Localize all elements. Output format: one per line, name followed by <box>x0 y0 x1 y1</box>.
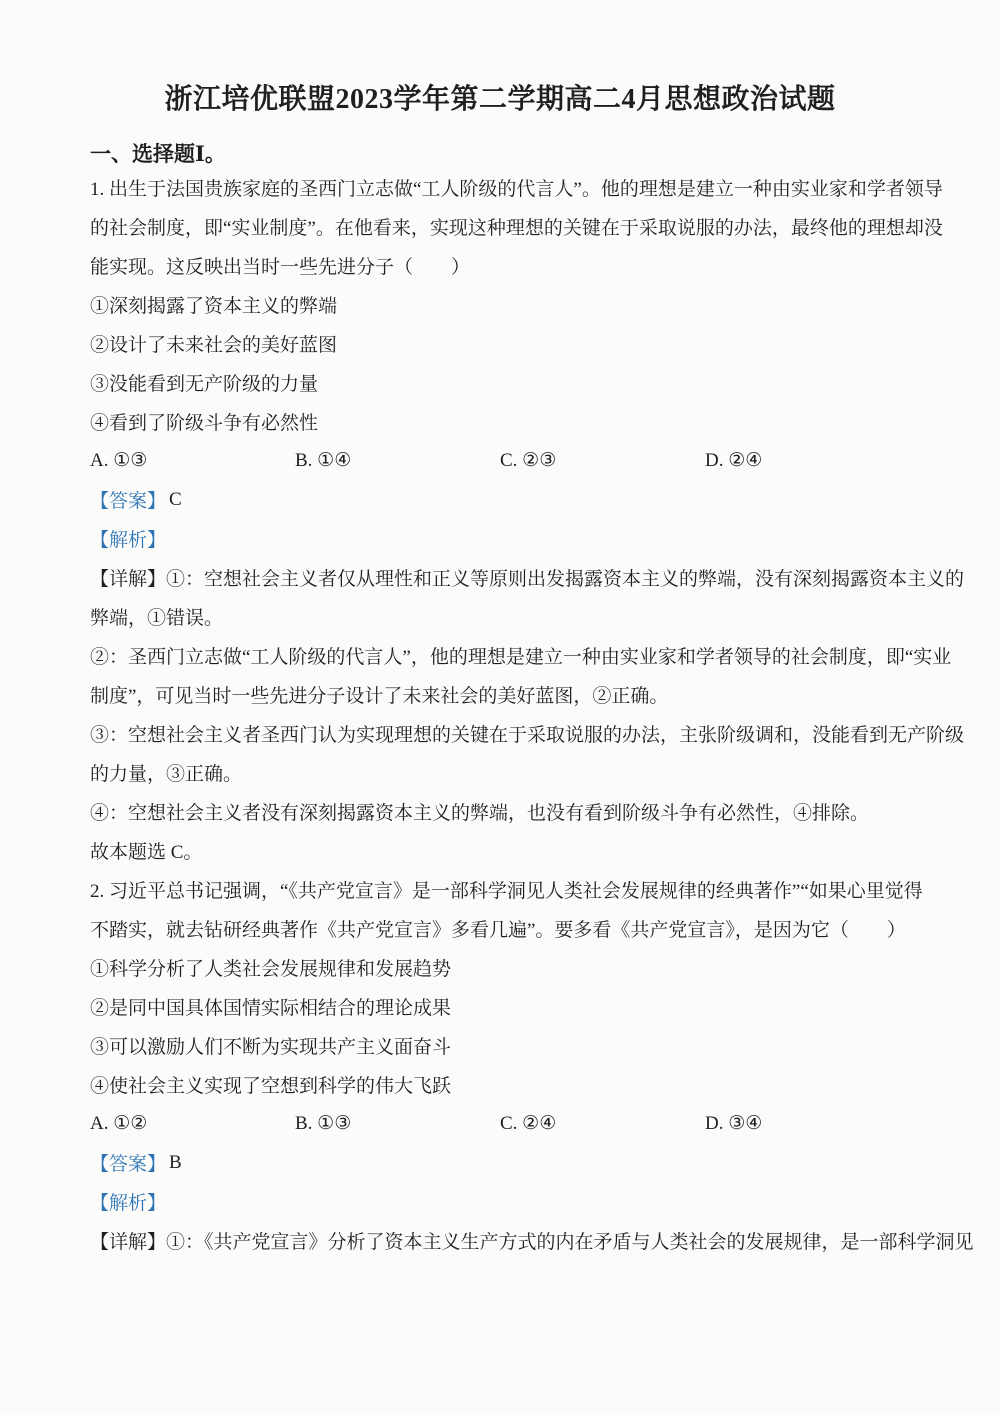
detail-line: ②：圣西门立志做“工人阶级的代言人”，他的理想是建立一种由实业家和学者领导的社会… <box>90 636 910 675</box>
detail-line: ③：空想社会主义者圣西门认为实现理想的关键在于采取说服的办法，主张阶级调和，没能… <box>90 714 910 753</box>
option-d: D. ③④ <box>705 1112 910 1135</box>
detail-line: 制度”，可见当时一些先进分子设计了未来社会的美好蓝图，②正确。 <box>90 675 910 714</box>
option-a: A. ①③ <box>90 449 295 472</box>
exam-document-page: 浙江培优联盟2023学年第二学期高二4月思想政治试题 一、选择题Ⅰ。 1. 出生… <box>0 0 1000 1414</box>
question-1: 1. 出生于法国贵族家庭的圣西门立志做“工人阶级的代言人”。他的理想是建立一种由… <box>90 168 910 870</box>
statement-item-4: ④看到了阶级斗争有必然性 <box>90 402 910 441</box>
section-heading: 一、选择题Ⅰ。 <box>90 140 910 168</box>
analysis-label: 【解析】 <box>90 525 166 552</box>
question-stem-line: 1. 出生于法国贵族家庭的圣西门立志做“工人阶级的代言人”。他的理想是建立一种由… <box>90 168 910 207</box>
options-row: A. ①② B. ①③ C. ②④ D. ③④ <box>90 1104 910 1143</box>
question-stem-line: 2. 习近平总书记强调，“《共产党宣言》是一部科学洞见人类社会发展规律的经典著作… <box>90 870 910 909</box>
statement-item-3: ③没能看到无产阶级的力量 <box>90 363 910 402</box>
analysis-row: 【解析】 <box>90 1182 910 1221</box>
question-stem-line: 能实现。这反映出当时一些先进分子（ ） <box>90 246 910 285</box>
answer-label: 【答案】 <box>90 1149 166 1176</box>
statement-item-4: ④使社会主义实现了空想到科学的伟大飞跃 <box>90 1065 910 1104</box>
statement-item-3: ③可以激励人们不断为实现共产主义面奋斗 <box>90 1026 910 1065</box>
option-c: C. ②④ <box>500 1112 705 1135</box>
answer-row: 【答案】 C <box>90 480 910 519</box>
statement-item-1: ①深刻揭露了资本主义的弊端 <box>90 285 910 324</box>
option-b: B. ①④ <box>295 449 500 472</box>
answer-value: B <box>169 1152 182 1174</box>
question-stem-line: 的社会制度，即“实业制度”。在他看来，实现这种理想的关键在于采取说服的办法，最终… <box>90 207 910 246</box>
option-a: A. ①② <box>90 1112 295 1135</box>
answer-label: 【答案】 <box>90 486 166 513</box>
detail-line: 【详解】①：《共产党宣言》分析了资本主义生产方式的内在矛盾与人类社会的发展规律，… <box>90 1221 910 1260</box>
statement-item-2: ②是同中国具体国情实际相结合的理论成果 <box>90 987 910 1026</box>
detail-line: 的力量，③正确。 <box>90 753 910 792</box>
analysis-label: 【解析】 <box>90 1188 166 1215</box>
page-title: 浙江培优联盟2023学年第二学期高二4月思想政治试题 <box>90 84 910 116</box>
analysis-row: 【解析】 <box>90 519 910 558</box>
option-b: B. ①③ <box>295 1112 500 1135</box>
question-stem-line: 不踏实，就去钻研经典著作《共产党宣言》多看几遍”。要多看《共产党宣言》，是因为它… <box>90 909 910 948</box>
detail-line: ④：空想社会主义者没有深刻揭露资本主义的弊端，也没有看到阶级斗争有必然性，④排除… <box>90 792 910 831</box>
option-c: C. ②③ <box>500 449 705 472</box>
answer-value: C <box>169 489 182 511</box>
detail-line: 【详解】①：空想社会主义者仅从理性和正义等原则出发揭露资本主义的弊端，没有深刻揭… <box>90 558 910 597</box>
statement-item-1: ①科学分析了人类社会发展规律和发展趋势 <box>90 948 910 987</box>
options-row: A. ①③ B. ①④ C. ②③ D. ②④ <box>90 441 910 480</box>
statement-item-2: ②设计了未来社会的美好蓝图 <box>90 324 910 363</box>
detail-line: 故本题选 C。 <box>90 831 910 870</box>
detail-line: 弊端，①错误。 <box>90 597 910 636</box>
answer-row: 【答案】 B <box>90 1143 910 1182</box>
option-d: D. ②④ <box>705 449 910 472</box>
question-2: 2. 习近平总书记强调，“《共产党宣言》是一部科学洞见人类社会发展规律的经典著作… <box>90 870 910 1260</box>
